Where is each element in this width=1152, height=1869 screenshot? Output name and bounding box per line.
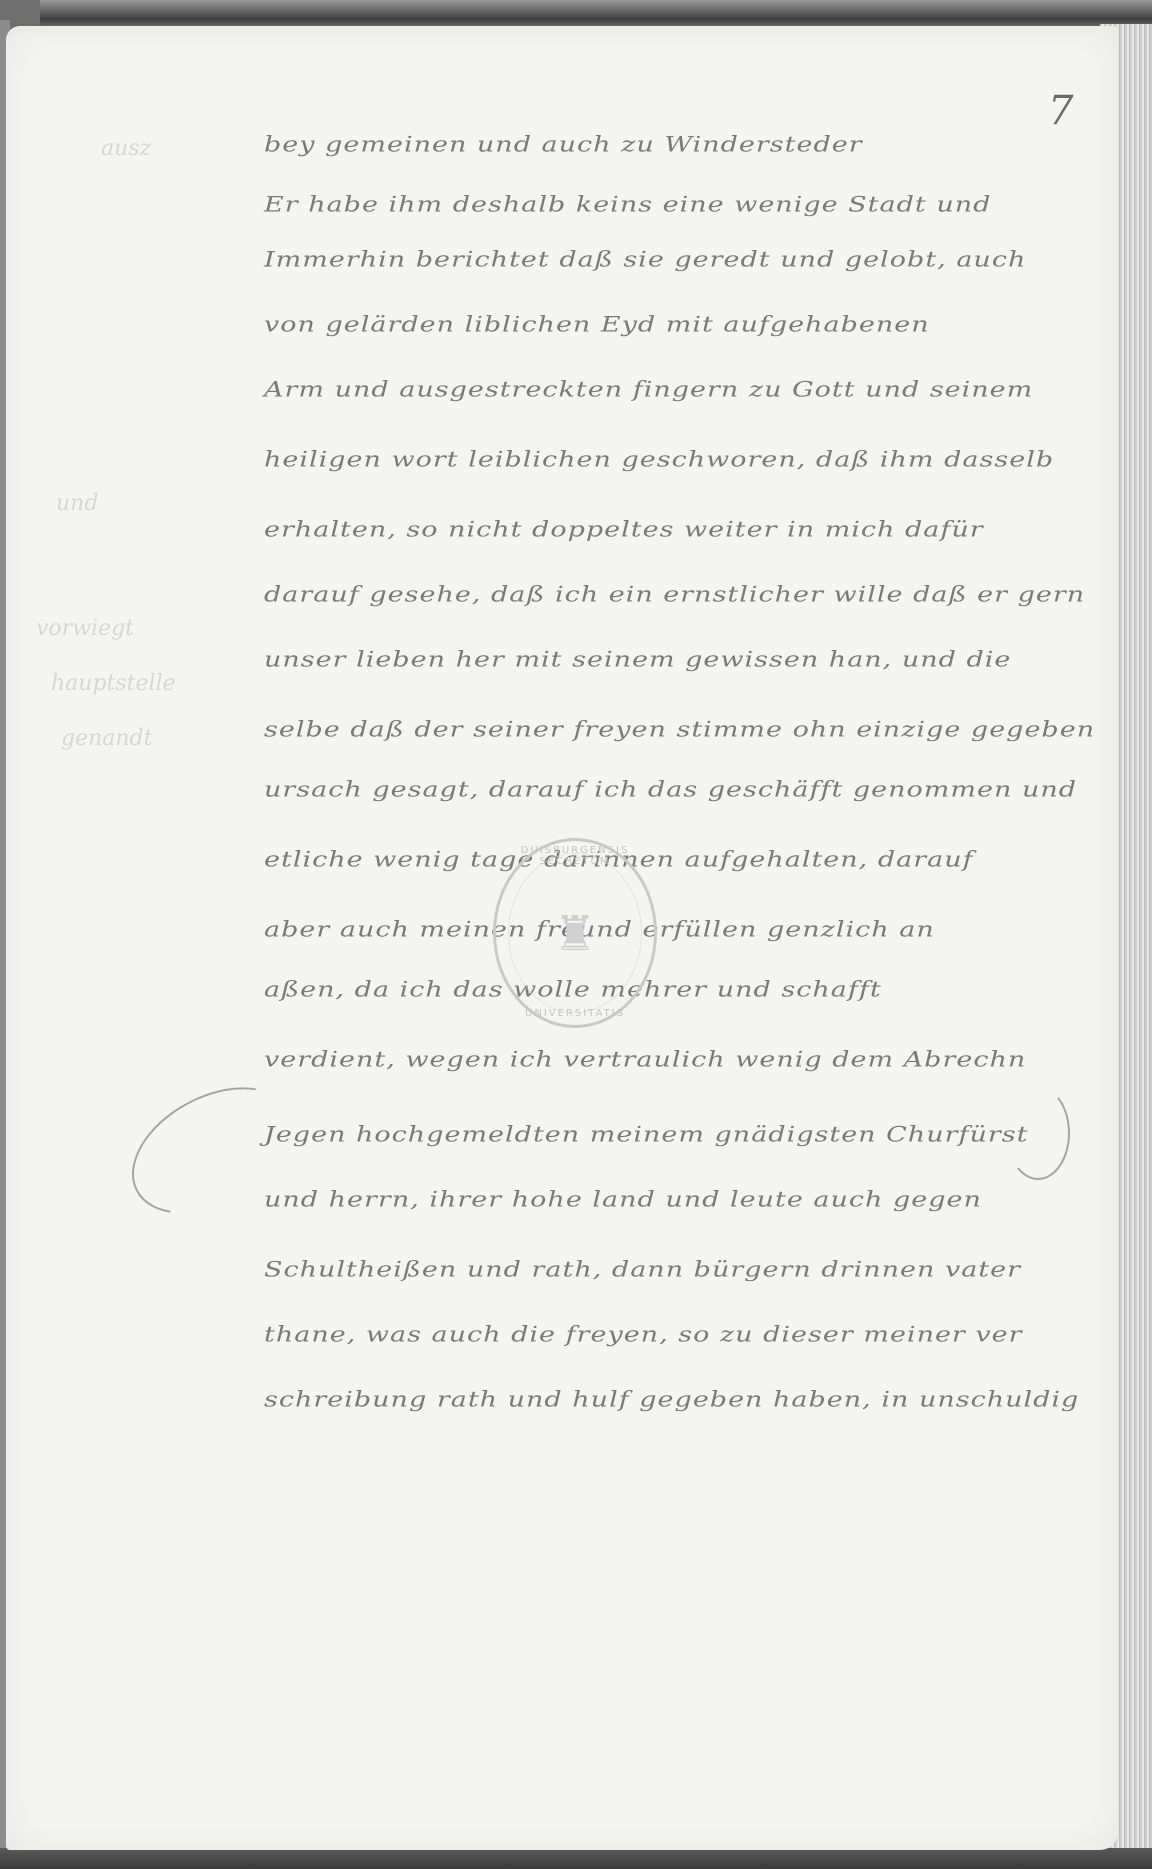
manuscript-line: darauf gesehe, daß ich ein ernstlicher w…: [264, 582, 1085, 607]
manuscript-line: und herrn, ihrer hohe land und leute auc…: [264, 1187, 982, 1212]
manuscript-line: heiligen wort leiblichen geschworen, daß…: [264, 447, 1054, 472]
margin-bleedthrough: vorwiegt: [36, 616, 134, 641]
lion-crest-icon: ♜: [538, 899, 612, 969]
margin-bleedthrough: hauptstelle: [51, 671, 176, 696]
manuscript-line: selbe daß der seiner freyen stimme ohn e…: [264, 717, 1095, 742]
manuscript-line: Immerhin berichtet daß sie geredt und ge…: [264, 247, 1026, 272]
manuscript-line: bey gemeinen und auch zu Windersteder: [264, 132, 863, 157]
flourish-stroke: [111, 1062, 316, 1240]
university-seal-stamp: DUISBURGENSIS SECRETUM ♜ UNIVERSITATIS: [493, 838, 657, 1028]
manuscript-line: Arm und ausgestreckten fingern zu Gott u…: [264, 377, 1033, 402]
manuscript-line: schreibung rath und hulf gegeben haben, …: [264, 1387, 1079, 1412]
manuscript-line: erhalten, so nicht doppeltes weiter in m…: [264, 517, 984, 542]
margin-bleedthrough: und: [56, 491, 98, 516]
book-binding-bottom: [0, 1848, 1152, 1869]
margin-bleedthrough: ausz: [101, 136, 151, 161]
manuscript-line: Jegen hochgemeldten meinem gnädigsten Ch…: [264, 1122, 1029, 1147]
manuscript-line: thane, was auch die freyen, so zu dieser…: [264, 1322, 1023, 1347]
manuscript-line: ursach gesagt, darauf ich das geschäfft …: [264, 777, 1077, 802]
manuscript-line: Er habe ihm deshalb keins eine wenige St…: [264, 192, 991, 217]
flourish-stroke: [1006, 1086, 1070, 1180]
manuscript-line: Schultheißen und rath, dann bürgern drin…: [264, 1257, 1021, 1282]
seal-text-bottom: UNIVERSITATIS: [496, 1008, 654, 1019]
margin-bleedthrough: genandt: [61, 726, 152, 751]
manuscript-line: von gelärden liblichen Eyd mit aufgehabe…: [264, 312, 930, 337]
manuscript-line: verdient, wegen ich vertraulich wenig de…: [264, 1047, 1026, 1072]
manuscript-line: unser lieben her mit seinem gewissen han…: [264, 647, 1011, 672]
seal-text-top: DUISBURGENSIS SECRETUM: [496, 845, 654, 867]
page-number: 7: [1048, 88, 1073, 134]
